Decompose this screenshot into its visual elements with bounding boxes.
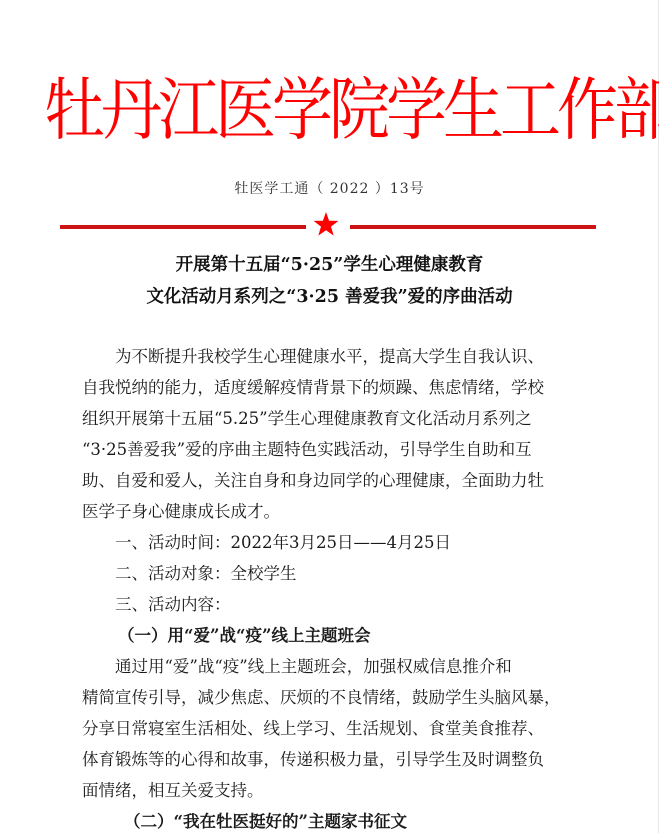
intro-line: 医学子身心健康成长成才。 bbox=[82, 496, 280, 527]
red-divider-right bbox=[350, 225, 596, 229]
red-star-icon bbox=[313, 211, 339, 237]
intro-line: 为不断提升我校学生心理健康水平，提高大学生自我认识、 bbox=[115, 341, 544, 372]
subsection-1-line: 体育锻炼等的心得和故事，传递积极力量，引导学生及时调整负 bbox=[82, 744, 544, 775]
headline-line-2: 文化活动月系列之“3·25 善爱我”爱的序曲活动 bbox=[0, 282, 659, 312]
intro-line: “3·25善爱我”爱的序曲主题特色实践活动，引导学生自助和互 bbox=[82, 434, 532, 465]
section-activity-target: 二、活动对象：全校学生 bbox=[115, 558, 297, 589]
headline-line-1: 开展第十五届“5·25”学生心理健康教育 bbox=[0, 250, 659, 280]
subsection-1-line: 精简宣传引导，减少焦虑、厌烦的不良情绪，鼓励学生头脑风暴， bbox=[82, 682, 561, 713]
document-number: 牡医学工通（ 2022 ）13号 bbox=[0, 178, 659, 200]
subsection-2-title: （二）“我在牡医挺好的”主题家书征文 bbox=[124, 806, 407, 833]
intro-line: 自我悦纳的能力，适度缓解疫情背景下的烦躁、焦虑情绪，学校 bbox=[82, 372, 544, 403]
section-activity-time: 一、活动时间：2022年3月25日——4月25日 bbox=[115, 527, 451, 558]
intro-line: 助、自爱和爱人，关注自身和身边同学的心理健康，全面助力牡 bbox=[82, 465, 544, 496]
subsection-1-line: 分享日常寝室生活相处、线上学习、生活规划、食堂美食推荐、 bbox=[82, 713, 544, 744]
subsection-1-line: 通过用“爱”战“疫”线上主题班会，加强权威信息推介和 bbox=[115, 651, 512, 682]
intro-line: 组织开展第十五届“5.25”学生心理健康教育文化活动月系列之 bbox=[82, 403, 532, 434]
subsection-1-title: （一）用“爱”战“疫”线上主题班会 bbox=[118, 620, 370, 651]
section-activity-content: 三、活动内容： bbox=[115, 589, 231, 620]
subsection-1-line: 面情绪，相互关爱支持。 bbox=[82, 775, 264, 806]
red-divider-left bbox=[60, 225, 306, 229]
masthead-title: 牡丹江医学院学生工作部 bbox=[44, 61, 584, 162]
